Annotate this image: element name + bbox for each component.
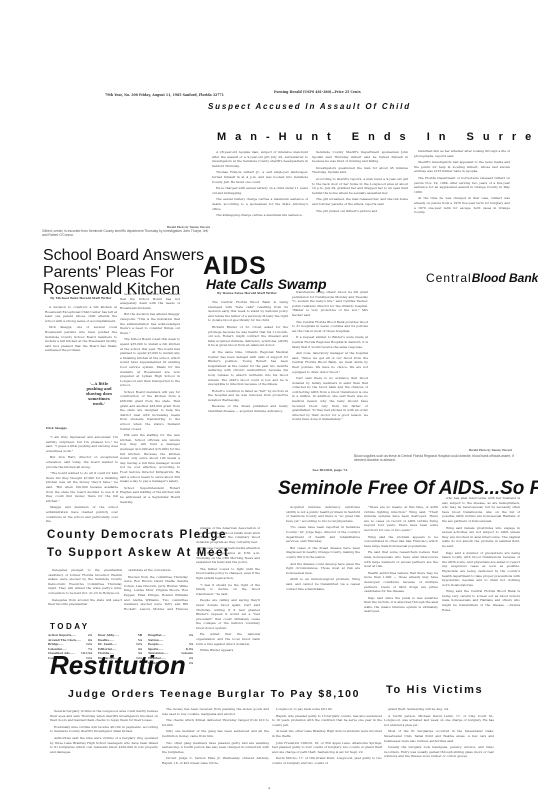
aids-byline: By Donna Estes Herald Staff Writer [208, 291, 286, 295]
index-page: 2A [189, 633, 193, 638]
paragraph: identified him as her attacker after loo… [414, 149, 510, 158]
school-pull-attribution: Dick Skaggs [46, 426, 80, 430]
paragraph: "There are no means, at this time, of AI… [364, 505, 438, 533]
aids-column-3: plasma of the American Association of Bl… [196, 526, 260, 664]
paragraph: Dajo said a number of precautions are be… [442, 551, 520, 588]
paragraph: Longwood, to pay back some $8,100. [272, 707, 382, 712]
paragraph: The case received nationwide attention w… [196, 546, 260, 564]
paragraph: At the time he was charged in that case,… [414, 196, 510, 214]
paragraph: Seminole County Sheriff's Department spo… [312, 150, 408, 164]
restitution-column-1: Several burglary victims in the Longwood… [50, 709, 158, 769]
paragraph: But cases of the dread disease have been… [286, 546, 360, 560]
paragraph: Hill said the staffing for the new kitch… [120, 433, 180, 484]
paragraph: Delegates from around the state will sel… [48, 598, 122, 607]
page-number: A [268, 786, 270, 790]
paragraph: AIDS is an immunological problem, Wing s… [286, 577, 360, 591]
paragraph: who has anal intercourse with her husban… [442, 496, 520, 524]
blood-photo-caption: Blood supplies such as these at Central … [354, 454, 514, 463]
aids-column-2: transfusions using others' blood, he did… [292, 290, 368, 470]
paragraph: Dick Skaggs, one of several vocal Rosenw… [45, 325, 117, 353]
paragraph: Wing said the Central Florida Blood Bank… [442, 589, 520, 612]
paragraph: If a request similar to Binder's were ma… [292, 335, 368, 349]
paragraph: "I am truly impressed and astounded. I'm… [46, 435, 118, 453]
paragraph: The Central Florida Blood Bank is being … [208, 300, 288, 323]
paragraph: People are calling and saying they'll ne… [196, 598, 260, 630]
paragraph: Wing said female prostitutes who engage … [442, 526, 520, 549]
paragraph: A fourth person, Michael David Lamb, 17,… [384, 714, 494, 728]
paragraph: White Binder appears [196, 648, 260, 653]
paragraph: The Florida Department of Corrections re… [414, 176, 510, 194]
paragraph: He is charged with sexual battery on a c… [212, 186, 308, 195]
paragraph: School Board members will pay for constr… [120, 390, 180, 431]
paragraph: "No cases have been reported in Seminole… [286, 525, 360, 543]
paragraph: The School Board voted this week to spen… [120, 337, 180, 388]
restitution-column-2: The money has been received from pawning… [162, 707, 269, 769]
paragraph: At the same time, Orlando Regional Medic… [208, 350, 288, 387]
paragraph: Because of the dread published and newly… [208, 404, 288, 413]
paragraph: The Central Florida Blood Bank provides … [292, 320, 368, 334]
masthead-price-line: Evening Herald (USPS 481-280)—Price 25 C… [274, 90, 361, 94]
paragraph: Health authorities believe that there ma… [364, 571, 438, 594]
paragraph: The girl screamed, the man released her,… [312, 197, 408, 206]
paragraph: He added that the national organization … [196, 632, 260, 646]
paragraph: John Frederick Clifford, 18, of 359 Appl… [272, 741, 382, 755]
restitution-headline-continued: To His Victims [386, 684, 483, 696]
paragraph: "The board wanted to do all it could for… [46, 471, 118, 503]
paragraph: plasma of the American Association of Bl… [196, 526, 260, 544]
paragraph: grand theft. Sentencing will be Aug. 24. [384, 707, 494, 712]
restitution-column-3: Longwood, to pay back some $8,100.Rapati… [272, 707, 382, 765]
paragraph: Richard Binder of St. Cloud asked for th… [208, 325, 288, 348]
paragraph: Two other gang members have pleaded guil… [162, 741, 269, 755]
manhunt-headline: Man-Hunt Ends In Surrender [217, 131, 538, 143]
paragraph: A 28-year-old Apopka man, subject of int… [212, 150, 308, 168]
paragraph: transfusions using others' blood, he did… [292, 290, 368, 318]
paragraph: "I feel it should be the right of the fa… [196, 583, 260, 597]
paragraph: Kevin Stricko, 17, of 189 Grand Point, L… [272, 756, 382, 765]
paragraph: The girl picked out Gilbert's picture an… [312, 209, 408, 214]
paragraph: But Don Hart, director of exceptional ed… [46, 455, 118, 469]
aids-headline-continued: CentralBlood Bank [426, 271, 538, 285]
paragraph: Investigators questioned the man for abo… [312, 166, 408, 175]
paragraph: Ann Cole, laboratory manager at the hosp… [292, 351, 368, 374]
seminole-column-1: Acquired immune deficiency syndrome (AID… [286, 505, 360, 665]
paragraph: A decision to construct a full kitchen a… [45, 305, 117, 323]
paragraph: Circuit Judge C. Vernon Mize Jr. Wednesd… [162, 756, 269, 765]
seminole-column-3: who has anal intercourse with her husban… [442, 496, 520, 664]
school-headline: School Board Answers Parents' Pleas For … [43, 247, 218, 298]
paragraph: But the decision has altered Skaggs' vie… [120, 312, 180, 335]
paragraph: School Superintendent Robert Hughes said… [120, 486, 180, 504]
paragraph: Delegates pledged to the presidential ca… [48, 568, 122, 596]
seminole-column-2: "There are no means, at this time, of AI… [364, 505, 438, 665]
paragraph: Carr said there is no evidence that bloo… [292, 376, 368, 422]
photo-caption: Gilbert, center, is escorted from Semino… [42, 229, 212, 238]
democrats-column-2: candidate at the convention.Elected from… [124, 568, 188, 610]
school-pull-quote: '...A little pushing and shoving does so… [82, 382, 116, 407]
paragraph: Elected from the committee Thursday were… [124, 575, 188, 610]
paragraph: At least two other Lake Brantley High Sc… [272, 729, 382, 738]
paragraph: Eventually nine victims will receive $8,… [50, 725, 158, 734]
masthead-edition-line: 79th Year, No. 300 Friday, August 11, 19… [105, 93, 224, 97]
school-column-1a: A decision to construct a full kitchen a… [45, 305, 117, 373]
paragraph: And the disease could develop here given… [286, 562, 360, 576]
paragraph: Usually the burglars took handguns, jewe… [384, 745, 494, 759]
paragraph: The kidnapping charge carries a maximum … [212, 213, 308, 218]
today-title: TODAY [50, 622, 90, 631]
paragraph: Thomas Francis Gilbert Jr., a self emplo… [212, 170, 308, 184]
paragraph: Several burglary victims in the Longwood… [50, 709, 158, 723]
paragraph: Wing said the problem appears to be conc… [364, 535, 438, 549]
aids-headline-light: Central [426, 271, 472, 285]
manhunt-kicker: Suspect Accused In Assault Of Child [208, 102, 411, 111]
paragraph: The checks which Kriisel delivered Thurs… [162, 718, 269, 727]
restitution-kicker: Restitution [50, 650, 186, 681]
blood-photo-credit: Herald Photo by Tommy Vincent [440, 449, 512, 452]
paragraph: The father vowed to fight until the bloo… [196, 567, 260, 581]
paragraph: Only one member of the gang has been sen… [162, 729, 269, 738]
paragraph: The sexual battery charge carries a maxi… [212, 197, 308, 211]
paragraph: According to sheriff's reports, a man lu… [312, 177, 408, 195]
aids-headline-bold: Blood Bank [472, 271, 538, 285]
paragraph: He said that some researchers believe th… [364, 550, 438, 568]
paragraph: The money has been received from pawning… [162, 707, 269, 716]
manhunt-column-2: Seminole County Sheriff's Department spo… [312, 150, 408, 273]
democrats-column-1: Delegates pledged to the presidential ca… [48, 568, 122, 610]
paragraph: need for a full kitchen. He contends tha… [120, 292, 180, 310]
aids-column-1: The Central Florida Blood Bank is being … [208, 300, 288, 462]
paragraph: Acquired immune deficiency syndrome (AID… [286, 505, 360, 523]
paragraph: Skaggs and members of the school adminis… [46, 505, 118, 523]
school-column-2: need for a full kitchen. He contends tha… [120, 292, 180, 524]
manhunt-column-3: identified him as her attacker after loo… [414, 149, 510, 229]
paragraph: Sheriff's investigators had appealed to … [414, 160, 510, 174]
aids-jump-line: See BLOOD, page 7A [292, 468, 368, 472]
paragraph: Robert's condition is listed as "fair" b… [208, 389, 288, 403]
index-page: 2A [189, 661, 193, 666]
paragraph: Most of the 81 burglaries occurred in th… [384, 729, 494, 743]
school-column-1b: "I am truly impressed and astounded. I'm… [46, 435, 118, 523]
school-byline: By Michael Behr Herald Staff Writer [45, 296, 117, 300]
restitution-column-4: grand theft. Sentencing will be Aug. 24.… [384, 707, 494, 763]
paragraph: Dajo said since the penis is less sensit… [364, 596, 438, 614]
paragraph: Rapati, who pleaded guilty to 13 burglar… [272, 714, 382, 728]
paragraph: Authorities said the nine were victims o… [50, 736, 158, 754]
paragraph: candidate at the convention. [124, 568, 188, 573]
restitution-headline: Judge Orders Teenage Burglar To Pay $8,1… [68, 688, 360, 700]
